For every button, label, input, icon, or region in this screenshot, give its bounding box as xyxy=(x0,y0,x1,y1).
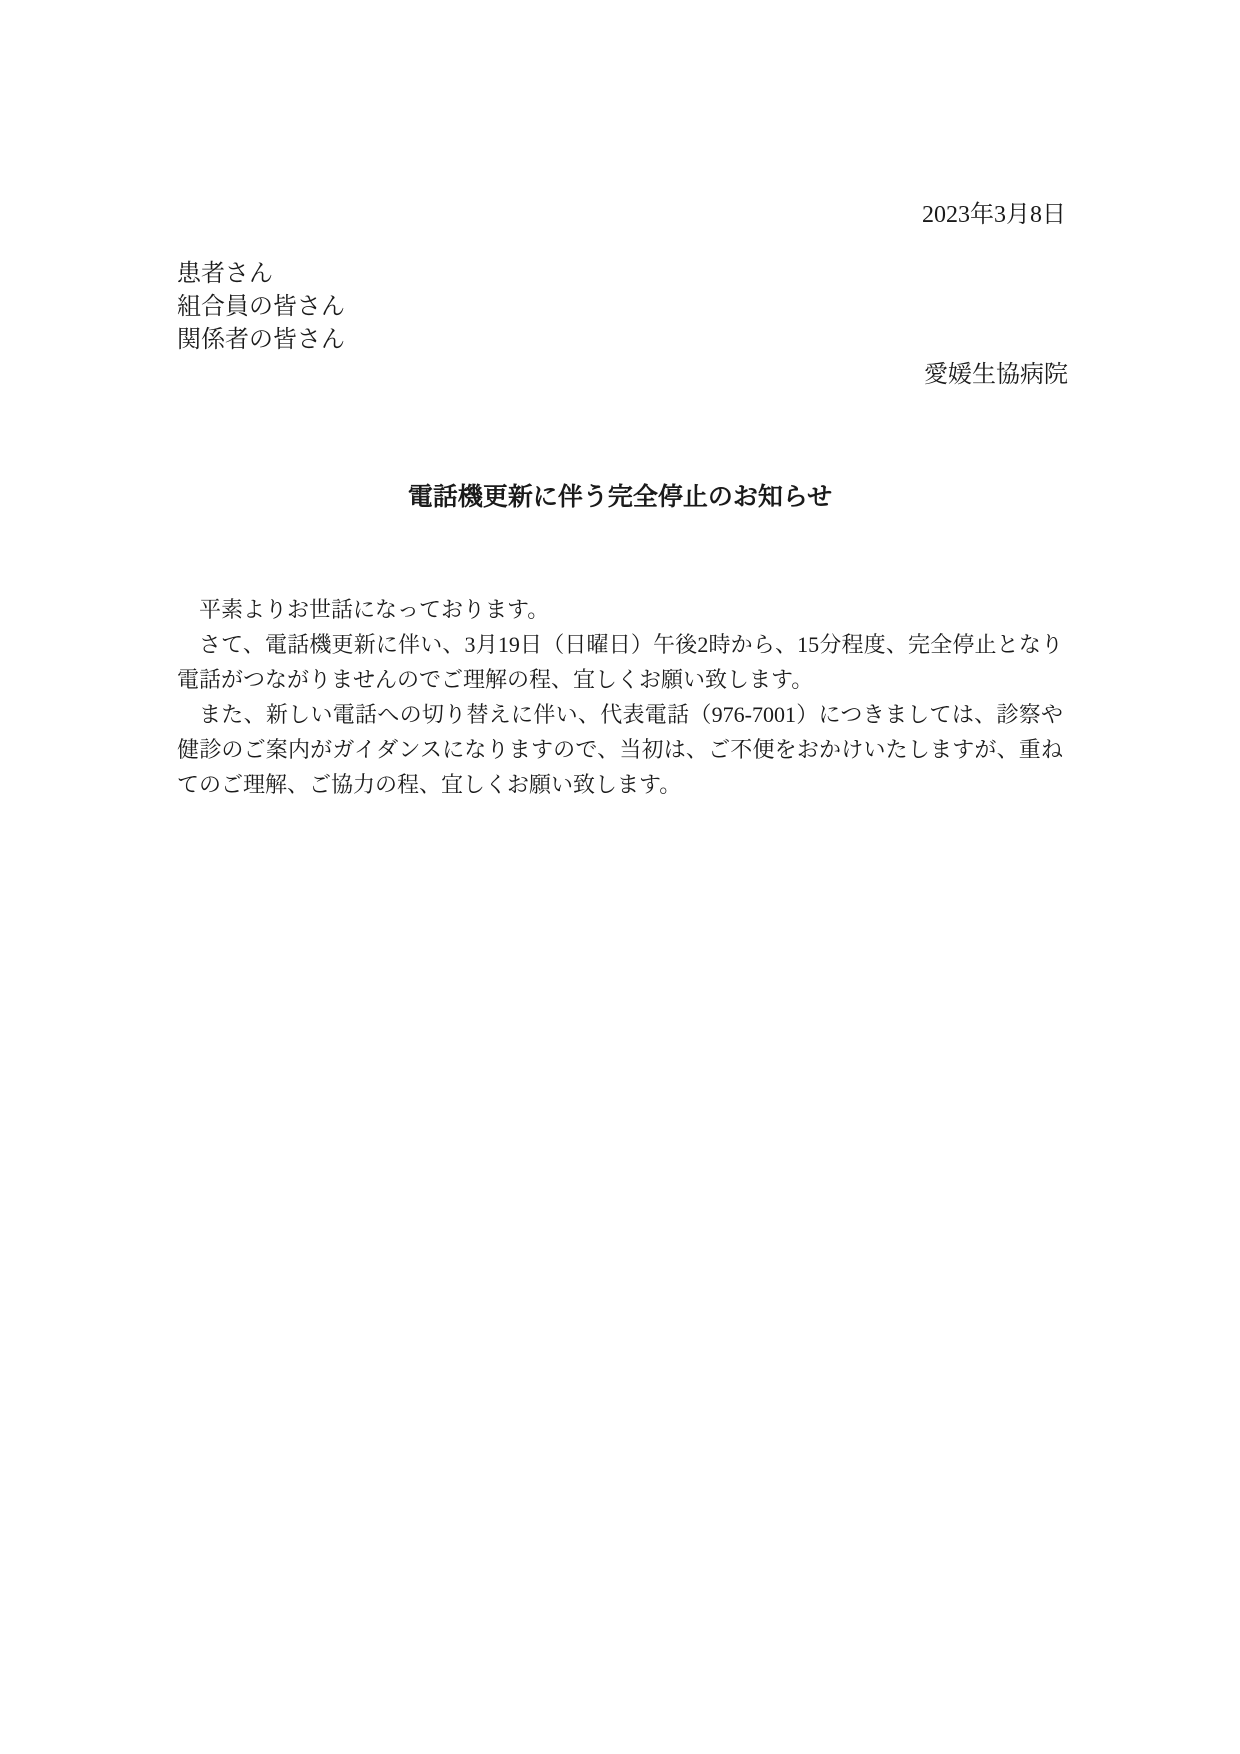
letter-title: 電話機更新に伴う完全停止のお知らせ xyxy=(177,483,1063,513)
body-line-outage-2: 電話がつながりませんのでご理解の程、宜しくお願い致します。 xyxy=(177,662,1063,697)
letter-body: 平素よりお世話になっております。 さて、電話機更新に伴い、3月19日（日曜日）午… xyxy=(177,592,1063,802)
recipient-patients: 患者さん xyxy=(177,258,345,291)
recipient-list: 患者さん 組合員の皆さん 関係者の皆さん xyxy=(177,258,345,357)
body-line-guidance-3: てのご理解、ご協力の程、宜しくお願い致します。 xyxy=(177,767,1063,802)
body-line-greeting: 平素よりお世話になっております。 xyxy=(177,592,1063,627)
body-line-outage-1: さて、電話機更新に伴い、3月19日（日曜日）午後2時から、15分程度、完全停止と… xyxy=(177,627,1063,662)
date-line: 2023年3月8日 xyxy=(177,200,1066,230)
recipient-related-parties: 関係者の皆さん xyxy=(177,324,345,357)
letter-page: 2023年3月8日 患者さん 組合員の皆さん 関係者の皆さん 愛媛生協病院 電話… xyxy=(0,0,1240,1754)
body-line-guidance-1: また、新しい電話への切り替えに伴い、代表電話（976-7001）につきましては、… xyxy=(177,697,1063,732)
body-line-guidance-2: 健診のご案内がガイダンスになりますので、当初は、ご不便をおかけいたしますが、重ね xyxy=(177,732,1063,767)
recipient-union-members: 組合員の皆さん xyxy=(177,291,345,324)
sender-name: 愛媛生協病院 xyxy=(177,360,1068,390)
